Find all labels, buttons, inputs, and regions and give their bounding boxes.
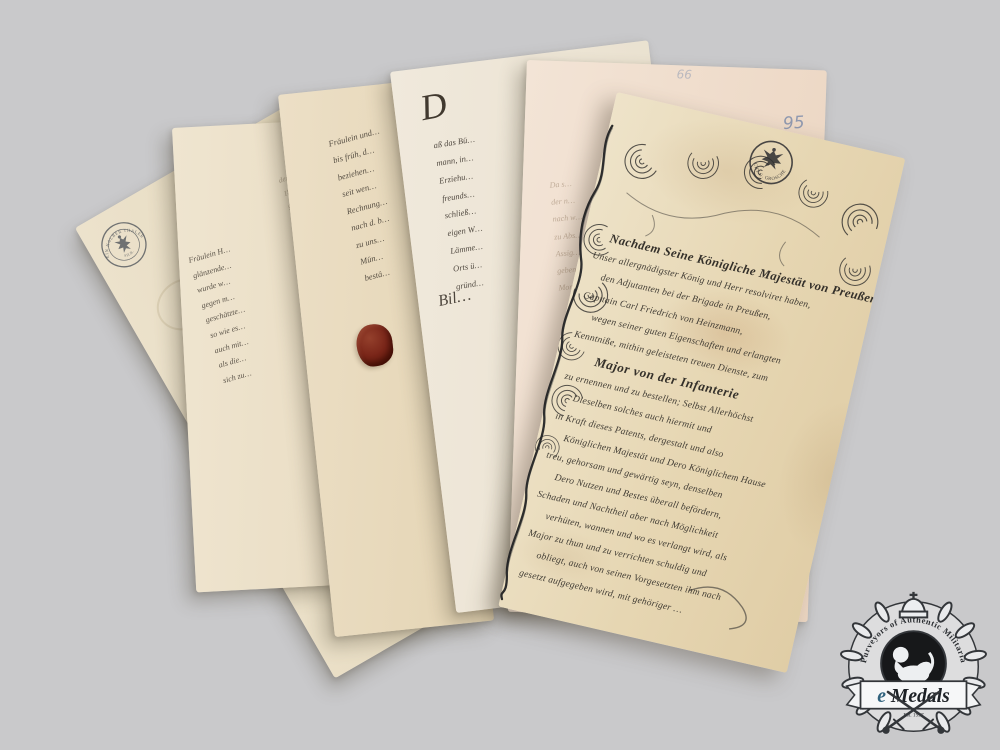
logo-brand-e: e <box>877 686 886 707</box>
doc2-letter-text: Fräulein H…glänzende…wurde w…gegen m…ges… <box>187 242 267 389</box>
logo-brand-medals: Medals <box>890 686 950 707</box>
handwriting-line: nach w… <box>552 208 583 228</box>
handwriting-line: zu Abs… <box>553 226 584 246</box>
doc4-signature: Bil… <box>437 287 473 311</box>
red-wax-seal <box>355 322 395 368</box>
emedals-logo-icon: Purveyors of Authentic Militaria e Medal… <box>835 588 992 745</box>
halber-thaler-stamp-icon: EIN HALBER THALER SILB. <box>91 212 157 278</box>
doc4-letter-text: aß das Bü…mann, in…Erziehu…freunds…schli… <box>432 131 498 296</box>
doc4-flourished-initial: D <box>417 83 451 129</box>
logo-brand-text: e Medals <box>877 686 950 707</box>
groschen-stamp-icon: ACHT G. GROSCHEN <box>742 134 800 192</box>
stamp-eagle-icon <box>760 146 784 171</box>
crown-icon <box>900 592 927 618</box>
photo-stage: EIN HALBER THALER SILB. Fräulein H…glänz… <box>0 0 1000 750</box>
emedals-watermark: Purveyors of Authentic Militaria e Medal… <box>835 588 992 745</box>
pencil-mark-small: 66 <box>676 67 692 82</box>
acht-groschen-tax-stamp: ACHT G. GROSCHEN <box>742 134 800 192</box>
halber-thaler-tax-stamp: EIN HALBER THALER SILB. <box>91 212 157 278</box>
